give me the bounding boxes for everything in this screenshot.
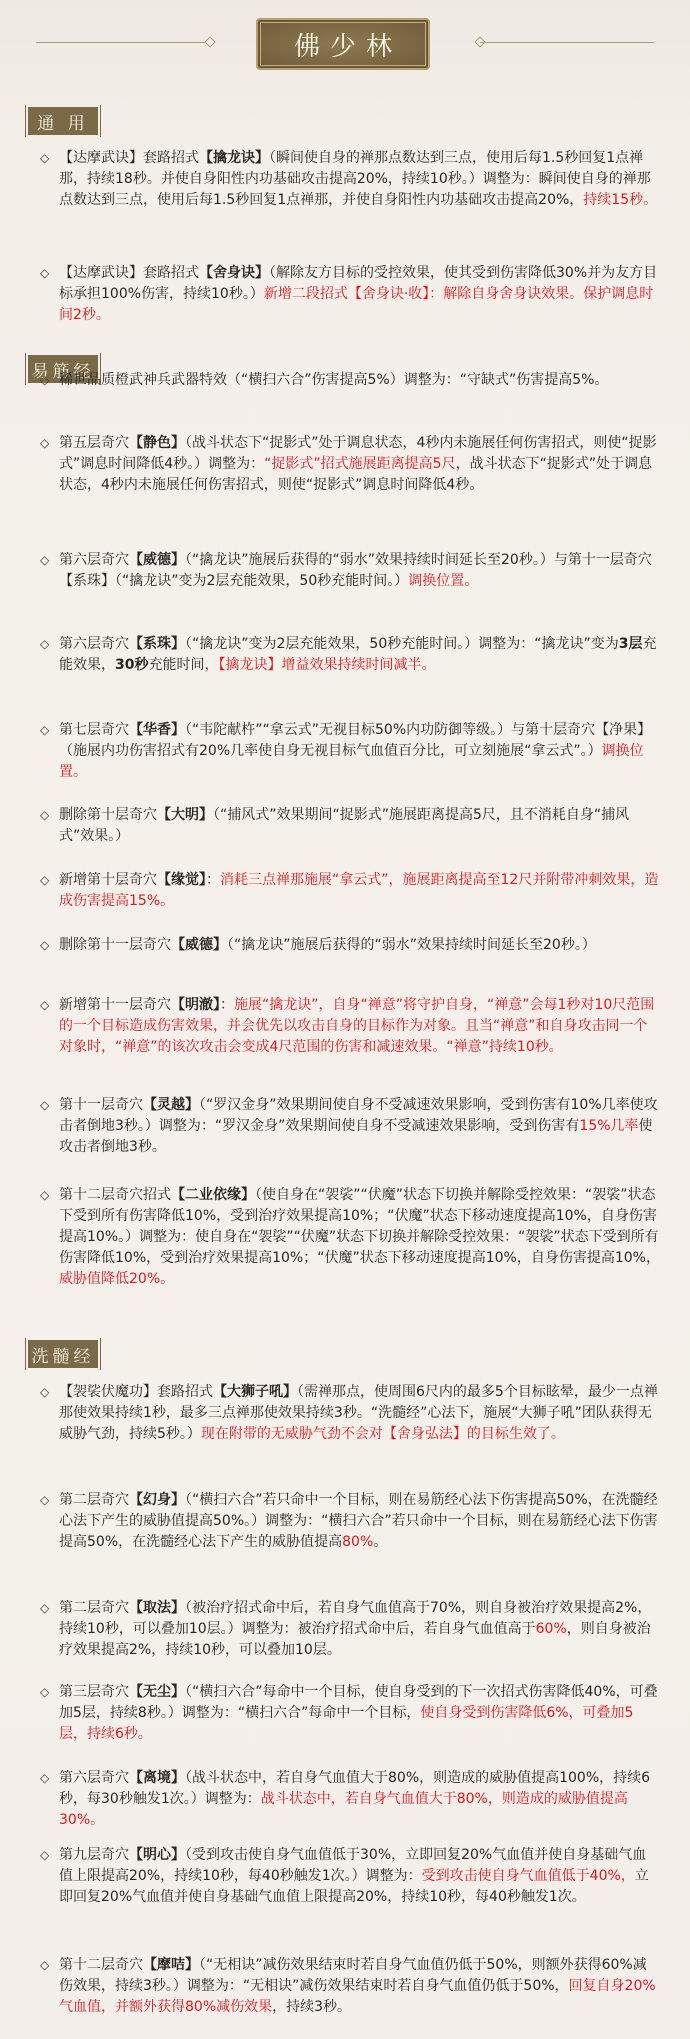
patch-note-item: ◇【达摩武诀】套路招式【舍身诀】（解除友方目标的受控效果，使其受到伤害降低30%…	[40, 263, 660, 326]
patch-note-item: ◇【达摩武诀】套路招式【擒龙诀】（瞬间使自身的禅那点数达到三点，使用后每1.5秒…	[40, 148, 660, 211]
patch-note-item: ◇第九层奇穴【明心】（受到攻击使自身气血值低于30%，立即回复20%气血值并使自…	[40, 1845, 660, 1908]
note-text: 第六层奇穴	[59, 552, 129, 568]
note-text: 第六层奇穴	[59, 636, 129, 652]
note-text: 充能时间，	[148, 657, 218, 673]
note-text: 第二层奇穴	[59, 1492, 129, 1508]
skill-name: 【摩咭】	[143, 1957, 199, 1973]
skill-name: 【二业依缘】	[171, 1187, 255, 1203]
patch-note-item: ◇第十二层奇穴招式【二业依缘】（使自身在“袈裟”“伏魔”状态下切换并解除受控效果…	[40, 1185, 660, 1290]
diamond-bullet-icon: ◇	[40, 870, 54, 891]
change-highlight: “捉影式”招式施展距离提高5尺	[264, 456, 455, 472]
patch-note-item: ◇第二层奇穴【幻身】（“横扫六合”若只命中一个目标，则在易筋经心法下伤害提高50…	[40, 1490, 660, 1553]
diamond-bullet-icon: ◇	[40, 370, 54, 391]
patch-note-text: 删除第十层奇穴【大明】（“捕风式”效果期间“捉影式”施展距离提高5尺，且不消耗自…	[59, 805, 660, 847]
diamond-bullet-icon: ◇	[40, 1845, 54, 1866]
patch-note-text: 【达摩武诀】套路招式【擒龙诀】（瞬间使自身的禅那点数达到三点，使用后每1.5秒回…	[59, 148, 660, 211]
patch-note-text: 【袈裟伏魔功】套路招式【大狮子吼】（需禅那点，使周围6尺内的最多5个目标眩晕，最…	[59, 1382, 660, 1445]
patch-note-item: ◇删除第十层奇穴【大明】（“捕风式”效果期间“捉影式”施展距离提高5尺，且不消耗…	[40, 805, 660, 847]
change-highlight: 60%	[536, 1621, 567, 1637]
patch-note-item: ◇新增第十一层奇穴【明澈】：施展“擒龙诀”，自身“禅意”将守护自身，“禅意”会每…	[40, 995, 660, 1058]
skill-name: 【系珠】	[129, 636, 185, 652]
note-text: 新增第十层奇穴	[59, 872, 157, 888]
patch-note-item: ◇稀世品质橙武神兵武器特效（“横扫六合”伤害提高5%）调整为：“守缺式”伤害提高…	[40, 370, 660, 391]
page-title: 佛少林	[284, 26, 402, 63]
skill-name: 【大明】	[157, 807, 213, 823]
diamond-bullet-icon: ◇	[40, 1682, 54, 1703]
diamond-bullet-icon: ◇	[40, 1768, 54, 1789]
skill-name: 【幻身】	[129, 1492, 185, 1508]
patch-note-item: ◇第五层奇穴【静色】（战斗状态下“捉影式”处于调息状态，4秒内未施展任何伤害招式…	[40, 433, 660, 496]
note-text: 第二层奇穴	[59, 1600, 129, 1616]
patch-note-item: ◇删除第十一层奇穴【威德】（“擒龙诀”施展后获得的“弱水”效果持续时间延长至20…	[40, 935, 660, 956]
skill-name: 【灵越】	[143, 1097, 199, 1113]
note-text: ：	[206, 872, 220, 888]
change-highlight: 威胁值降低20%。	[59, 1271, 174, 1287]
patch-note-item: ◇第七层奇穴【华香】（“韦陀献杵”“拿云式”无视目标50%内功防御等级。）与第十…	[40, 720, 660, 783]
patch-note-text: 第十一层奇穴【灵越】（“罗汉金身”效果期间使自身不受减速效果影响，受到伤害有10…	[59, 1095, 660, 1158]
note-text: ：	[220, 997, 234, 1013]
diamond-bullet-icon: ◇	[40, 1598, 54, 1619]
note-text: 第十二层奇穴招式	[59, 1187, 171, 1203]
patch-note-text: 第十二层奇穴【摩咭】（“无相诀”减伤效果结束时若自身气血值仍低于50%，则额外获…	[59, 1955, 660, 2018]
skill-name: 【擒龙诀】	[199, 150, 269, 166]
patch-note-text: 第七层奇穴【华香】（“韦陀献杵”“拿云式”无视目标50%内功防御等级。）与第十层…	[59, 720, 660, 783]
diamond-bullet-icon: ◇	[40, 1382, 54, 1403]
change-highlight: 受到攻击使自身气血值低于40%，	[422, 1868, 635, 1884]
diamond-ornament-icon	[204, 36, 215, 47]
patch-note-text: 新增第十层奇穴【缘觉】：消耗三点禅那施展“拿云式”，施展距离提高至12尺并附带冲…	[59, 870, 660, 912]
patch-note-item: ◇第六层奇穴【离境】（战斗状态中，若自身气血值大于80%，则造成的威胁值提高10…	[40, 1768, 660, 1831]
diamond-bullet-icon: ◇	[40, 805, 54, 826]
skill-name: 【取法】	[129, 1600, 185, 1616]
change-highlight: 持续15秒。	[583, 192, 657, 208]
patch-note-item: ◇第二层奇穴【取法】（被治疗招式命中后，若自身气血值高于70%，则自身被治疗效果…	[40, 1598, 660, 1661]
note-text: 稀世品质橙武神兵武器特效（“横扫六合”伤害提高5%）调整为：“守缺式”伤害提高5…	[59, 372, 608, 388]
note-text: （“擒龙诀”施展后获得的“弱水”效果持续时间延长至20秒。）	[227, 937, 596, 953]
patch-note-item: ◇第六层奇穴【系珠】（“擒龙诀”变为2层充能效果，50秒充能时间。）调整为：“擒…	[40, 634, 660, 676]
note-text: 第十二层奇穴	[59, 1957, 143, 1973]
header-divider-right	[480, 42, 654, 43]
diamond-bullet-icon: ◇	[40, 1490, 54, 1511]
skill-name: 【缘觉】	[157, 872, 206, 888]
note-text: 第五层奇穴	[59, 435, 129, 451]
patch-note-text: 稀世品质橙武神兵武器特效（“横扫六合”伤害提高5%）调整为：“守缺式”伤害提高5…	[59, 370, 660, 391]
diamond-bullet-icon: ◇	[40, 550, 54, 571]
section-label-general: 通 用	[28, 107, 98, 135]
note-text: 。	[373, 1534, 387, 1550]
patch-note-item: ◇第十一层奇穴【灵越】（“罗汉金身”效果期间使自身不受减速效果影响，受到伤害有1…	[40, 1095, 660, 1158]
patch-note-text: 删除第十一层奇穴【威德】（“擒龙诀”施展后获得的“弱水”效果持续时间延长至20秒…	[59, 935, 660, 956]
patch-note-text: 第九层奇穴【明心】（受到攻击使自身气血值低于30%，立即回复20%气血值并使自身…	[59, 1845, 660, 1908]
diamond-bullet-icon: ◇	[40, 634, 54, 655]
skill-name: 30秒	[115, 657, 148, 673]
skill-name: 【离境】	[129, 1770, 185, 1786]
note-text: 第三层奇穴	[59, 1684, 129, 1700]
change-highlight: 现在附带的无威胁气劲不会对【舍身弘法】的目标生效了。	[201, 1426, 565, 1442]
note-text: 【袈裟伏魔功】套路招式	[59, 1384, 213, 1400]
skill-name: 【无尘】	[129, 1684, 185, 1700]
patch-note-text: 第三层奇穴【无尘】（“横扫六合”每命中一个目标，使自身受到的下一次招式伤害降低4…	[59, 1682, 660, 1745]
skill-name: 【舍身诀】	[199, 265, 269, 281]
note-text: ，持续3秒。	[272, 1999, 351, 2015]
note-text: 【达摩武诀】套路招式	[59, 150, 199, 166]
patch-note-item: ◇新增第十层奇穴【缘觉】：消耗三点禅那施展“拿云式”，施展距离提高至12尺并附带…	[40, 870, 660, 912]
skill-name: 【大狮子吼】	[213, 1384, 297, 1400]
note-text: 删除第十一层奇穴	[59, 937, 171, 953]
skill-name: 【明澈】	[171, 997, 220, 1013]
change-highlight: 调换位置。	[408, 573, 478, 589]
title-plaque: 佛少林	[256, 18, 430, 70]
header-divider-left	[36, 42, 206, 43]
patch-note-item: ◇第十二层奇穴【摩咭】（“无相诀”减伤效果结束时若自身气血值仍低于50%，则额外…	[40, 1955, 660, 2018]
patch-note-item: ◇【袈裟伏魔功】套路招式【大狮子吼】（需禅那点，使周围6尺内的最多5个目标眩晕，…	[40, 1382, 660, 1445]
patch-note-item: ◇第六层奇穴【威德】（“擒龙诀”施展后获得的“弱水”效果持续时间延长至20秒。）…	[40, 550, 660, 592]
patch-note-text: 第二层奇穴【幻身】（“横扫六合”若只命中一个目标，则在易筋经心法下伤害提高50%…	[59, 1490, 660, 1553]
patch-note-text: 新增第十一层奇穴【明澈】：施展“擒龙诀”，自身“禅意”将守护自身，“禅意”会每1…	[59, 995, 660, 1058]
change-highlight: 80%	[342, 1534, 373, 1550]
diamond-bullet-icon: ◇	[40, 1185, 54, 1206]
diamond-bullet-icon: ◇	[40, 1095, 54, 1116]
note-text: （“擒龙诀”变为2层充能效果，50秒充能时间。）调整为：“擒龙诀”变为	[185, 636, 619, 652]
patch-note-text: 【达摩武诀】套路招式【舍身诀】（解除友方目标的受控效果，使其受到伤害降低30%并…	[59, 263, 660, 326]
note-text: 删除第十层奇穴	[59, 807, 157, 823]
skill-name: 【威德】	[171, 937, 227, 953]
note-text: 【达摩武诀】套路招式	[59, 265, 199, 281]
diamond-bullet-icon: ◇	[40, 1955, 54, 1976]
skill-name: 【明心】	[129, 1847, 185, 1863]
skill-name: 【静色】	[129, 435, 185, 451]
skill-name: 【华香】	[129, 722, 185, 738]
patch-note-text: 第五层奇穴【静色】（战斗状态下“捉影式”处于调息状态，4秒内未施展任何伤害招式，…	[59, 433, 660, 496]
patch-note-text: 第六层奇穴【离境】（战斗状态中，若自身气血值大于80%，则造成的威胁值提高100…	[59, 1768, 660, 1831]
patch-note-text: 第十二层奇穴招式【二业依缘】（使自身在“袈裟”“伏魔”状态下切换并解除受控效果：…	[59, 1185, 660, 1290]
diamond-bullet-icon: ◇	[40, 433, 54, 454]
skill-name: 3层	[619, 636, 643, 652]
note-text: 第十一层奇穴	[59, 1097, 143, 1113]
note-text: 第七层奇穴	[59, 722, 129, 738]
patch-note-text: 第二层奇穴【取法】（被治疗招式命中后，若自身气血值高于70%，则自身被治疗效果提…	[59, 1598, 660, 1661]
change-highlight: 【擒龙诀】增益效果持续时间减半。	[218, 657, 435, 673]
diamond-bullet-icon: ◇	[40, 995, 54, 1016]
patch-note-text: 第六层奇穴【系珠】（“擒龙诀”变为2层充能效果，50秒充能时间。）调整为：“擒龙…	[59, 634, 660, 676]
patch-note-item: ◇第三层奇穴【无尘】（“横扫六合”每命中一个目标，使自身受到的下一次招式伤害降低…	[40, 1682, 660, 1745]
note-text: 第六层奇穴	[59, 1770, 129, 1786]
diamond-bullet-icon: ◇	[40, 935, 54, 956]
diamond-bullet-icon: ◇	[40, 720, 54, 741]
diamond-bullet-icon: ◇	[40, 148, 54, 169]
note-text: 新增第十一层奇穴	[59, 997, 171, 1013]
skill-name: 【威德】	[129, 552, 185, 568]
note-text: 第九层奇穴	[59, 1847, 129, 1863]
page-header: 佛少林	[0, 0, 690, 80]
section-label-xisuijing: 洗髓经	[28, 1340, 98, 1368]
change-highlight: 15%几率	[579, 1118, 638, 1134]
patch-note-text: 第六层奇穴【威德】（“擒龙诀”施展后获得的“弱水”效果持续时间延长至20秒。）与…	[59, 550, 660, 592]
diamond-bullet-icon: ◇	[40, 263, 54, 284]
